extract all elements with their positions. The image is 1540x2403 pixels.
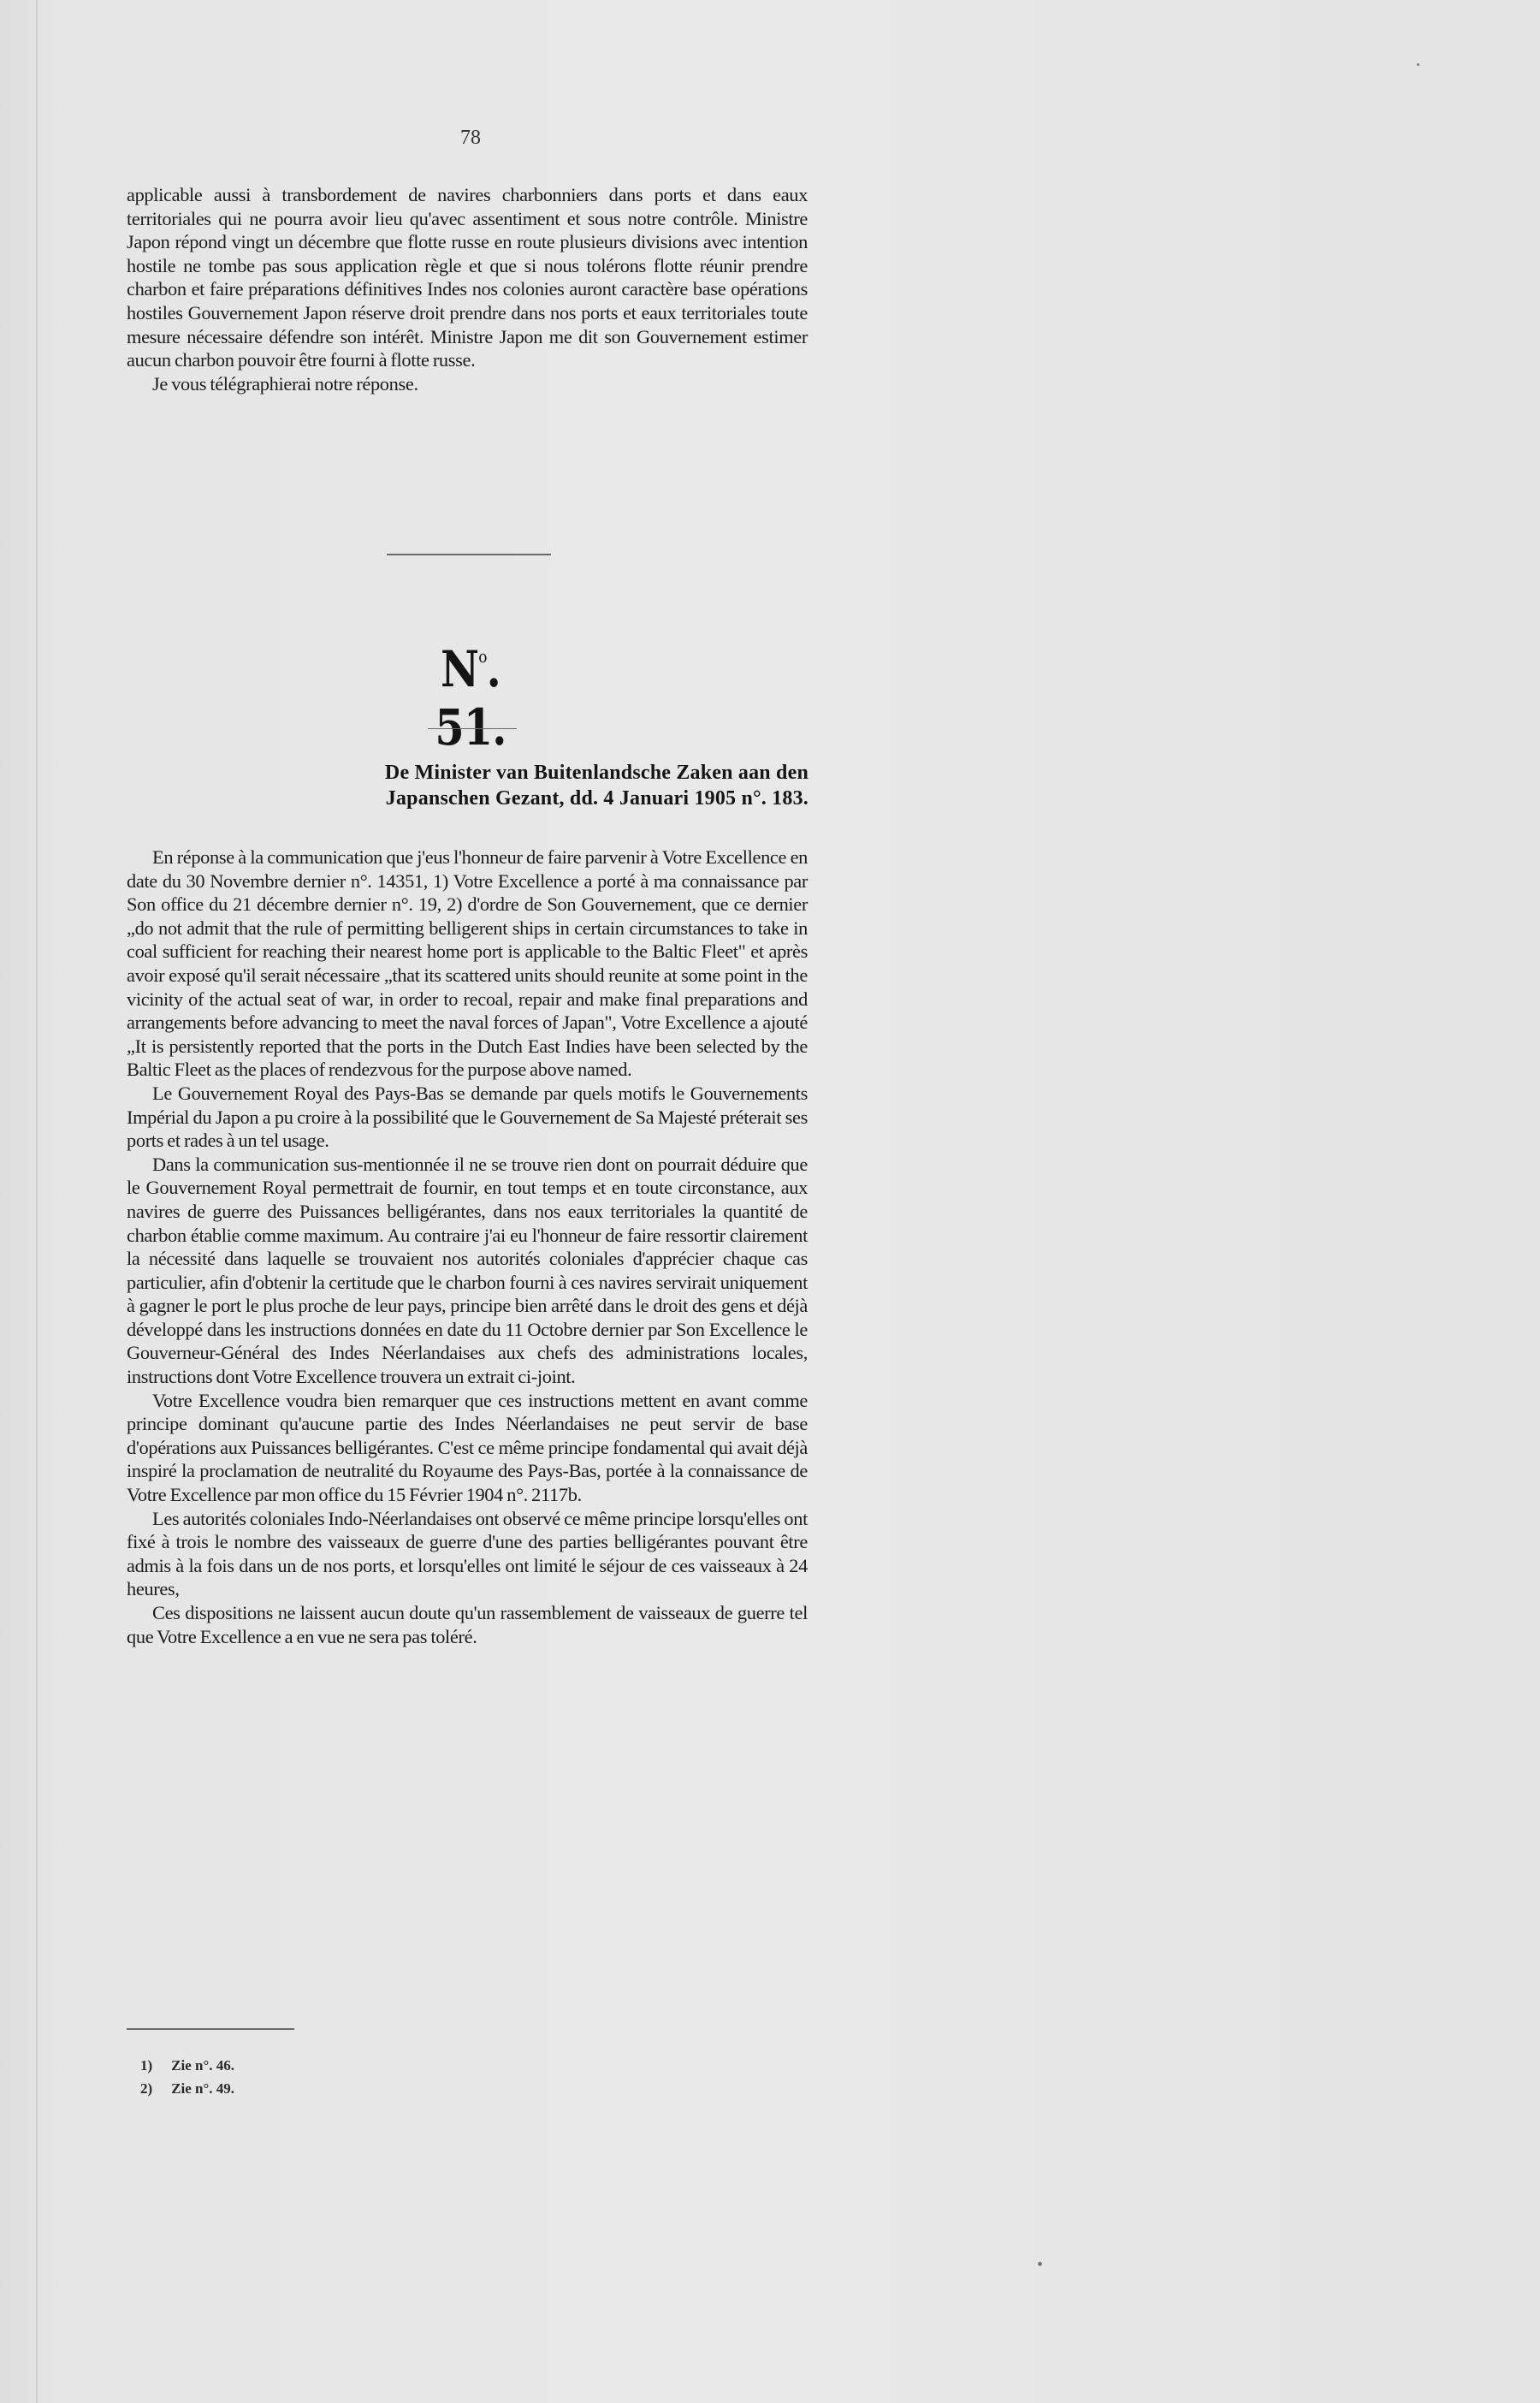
document-heading: De Minister van Buitenlandsche Zaken aan… <box>218 760 808 811</box>
closing-line: Je vous télégraphierai notre réponse. <box>127 372 808 396</box>
footnotes: 1) Zie n°. 46. 2) Zie n°. 49. <box>140 2054 234 2100</box>
continuation-text: applicable aussi à transbordement de nav… <box>127 183 808 395</box>
footnote-marker: 1) <box>140 2054 152 2077</box>
page-number: 78 <box>453 127 488 150</box>
document-number: No. 51. <box>412 640 529 756</box>
letter-body: En réponse à la communication que j'eus … <box>127 845 808 1648</box>
document-number-prefix: N <box>441 640 478 698</box>
heading-line-2: Japanschen Gezant, dd. 4 Januari 1905 n°… <box>218 786 808 811</box>
body-paragraph: En réponse à la communication que j'eus … <box>127 845 808 1082</box>
body-paragraph: Le Gouvernement Royal des Pays-Bas se de… <box>127 1082 808 1153</box>
footnote-text: Zie n°. 46. <box>171 2054 234 2077</box>
number-underline <box>428 728 517 729</box>
body-paragraph: Les autorités coloniales Indo-Néerlandai… <box>127 1507 808 1601</box>
body-paragraph: Dans la communication sus-mentionnée il … <box>127 1153 808 1389</box>
document-number-sup: o <box>478 646 486 667</box>
footnote-item: 1) Zie n°. 46. <box>140 2054 234 2077</box>
footnote-divider <box>127 2028 294 2030</box>
footnote-text: Zie n°. 49. <box>171 2077 234 2100</box>
heading-line-1: De Minister van Buitenlandsche Zaken aan… <box>385 762 808 784</box>
body-paragraph: Ces dispositions ne laissent aucun doute… <box>127 1601 808 1648</box>
paper-speck <box>1038 2262 1042 2266</box>
page-edge-line <box>36 0 38 2403</box>
continuation-paragraph: applicable aussi à transbordement de nav… <box>127 183 808 372</box>
section-divider <box>387 554 551 555</box>
footnote-marker: 2) <box>140 2077 152 2100</box>
footnote-item: 2) Zie n°. 49. <box>140 2077 234 2100</box>
paper-speck <box>1417 63 1419 66</box>
body-paragraph: Votre Excellence voudra bien remarquer q… <box>127 1389 808 1507</box>
